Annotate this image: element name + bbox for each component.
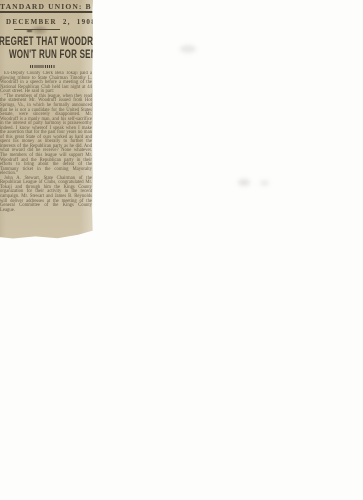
article-paragraph: Ex-Deputy County Clerk Bela Tokaji paid …	[0, 72, 92, 95]
headline-line-2: WON'T RUN FOR SENATE	[9, 49, 68, 62]
scanner-smudge	[260, 180, 269, 186]
date-line: DECEMBER 2, 1908.	[6, 18, 93, 26]
article-paragraph: “The members of this league, when they r…	[0, 95, 92, 177]
date-text: DECEMBER 2, 1908.	[6, 18, 93, 26]
masthead-title: TANDARD UNION: B	[0, 2, 93, 11]
date-ornament	[27, 30, 32, 32]
headline-line-1: REGRET THAT WOODRUFF	[0, 36, 65, 49]
masthead-rule	[0, 11, 93, 13]
scanner-smudge	[238, 179, 250, 186]
scan-background: TANDARD UNION: B DECEMBER 2, 1908. REGRE…	[0, 0, 363, 500]
headline-divider	[30, 65, 55, 68]
article-paragraph: John A. Stewart, State Chairman of the R…	[0, 177, 92, 213]
date-rule	[14, 29, 60, 30]
scanner-smudge	[180, 45, 196, 53]
newspaper-clipping: TANDARD UNION: B DECEMBER 2, 1908. REGRE…	[0, 0, 93, 239]
article-body: Ex-Deputy County Clerk Bela Tokaji paid …	[0, 72, 92, 213]
